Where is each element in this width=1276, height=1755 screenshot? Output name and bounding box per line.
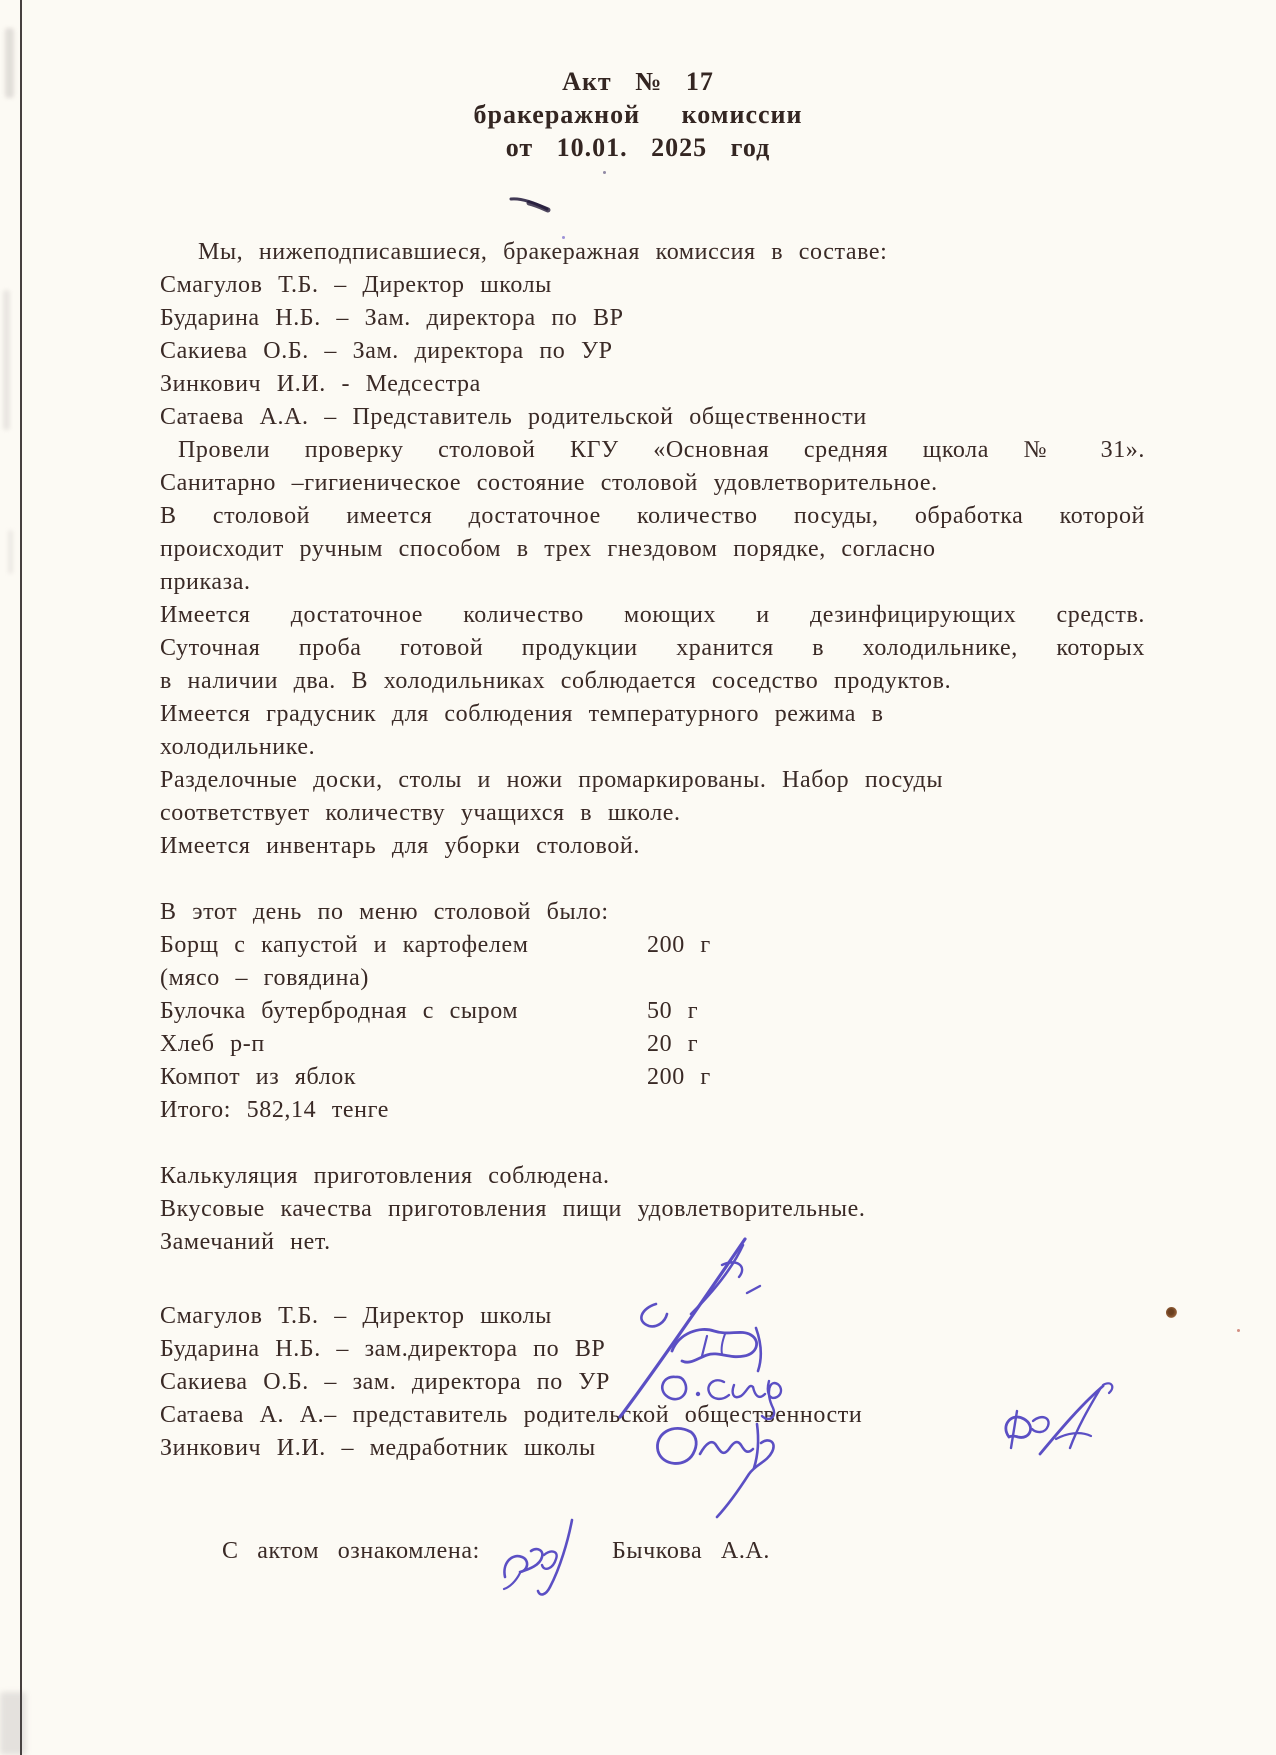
acknowledgement-name: Бычкова А.А. xyxy=(612,1535,770,1568)
blank-line xyxy=(160,863,1145,896)
signature-block: Смагулов Т.Б. – Директор школы Бударина … xyxy=(160,1300,1200,1465)
menu-item-name: Булочка бутербродная с сыром xyxy=(160,998,518,1024)
report-line: Санитарно –гигиеническое состояние столо… xyxy=(160,467,1145,500)
menu-item-amount: 20 г xyxy=(647,1028,698,1061)
document-body: Мы, нижеподписавшиеся, бракеражная комис… xyxy=(160,236,1145,1259)
menu-heading: В этот день по меню столовой было: xyxy=(160,896,1145,929)
conclusion-line: Калькуляция приготовления соблюдена. xyxy=(160,1160,1145,1193)
menu-item: Булочка бутербродная с сыром 50 г xyxy=(160,995,1145,1028)
menu-item: Хлеб р-п 20 г xyxy=(160,1028,1145,1061)
commission-member: Бударина Н.Б. – Зам. директора по ВР xyxy=(160,302,1145,335)
scan-smudge xyxy=(8,530,13,574)
report-line: приказа. xyxy=(160,566,1145,599)
report-line: происходит ручным способом в трех гнездо… xyxy=(160,533,1145,566)
title-act-number: Акт № 17 xyxy=(0,65,1276,98)
report-line: соответствует количеству учащихся в школ… xyxy=(160,797,1145,830)
acknowledgement-label: С актом ознакомлена: xyxy=(222,1538,480,1564)
report-line: Имеется градусник для соблюдения темпера… xyxy=(160,698,1145,731)
report-line: В столовой имеется достаточное количеств… xyxy=(160,500,1145,533)
title-date: от 10.01. 2025 год xyxy=(0,131,1276,164)
scan-smudge xyxy=(0,1692,26,1755)
menu-item: Компот из яблок 200 г xyxy=(160,1061,1145,1094)
scan-smudge xyxy=(3,290,10,430)
acknowledgement-line: С актом ознакомлена: Бычкова А.А. xyxy=(160,1535,1060,1568)
report-line: холодильнике. xyxy=(160,731,1145,764)
menu-item-name: Хлеб р-п xyxy=(160,1031,265,1057)
commission-member: Сатаева А.А. – Представитель родительско… xyxy=(160,401,1145,434)
menu-item-amount: 200 г xyxy=(647,1061,711,1094)
signatory-line: Смагулов Т.Б. – Директор школы xyxy=(160,1300,1200,1333)
menu-item-name: (мясо – говядина) xyxy=(160,965,369,991)
menu-item: Борщ с капустой и картофелем 200 г xyxy=(160,929,1145,962)
blank-line xyxy=(160,1127,1145,1160)
ink-mark-dash xyxy=(505,190,565,220)
report-line: в наличии два. В холодильниках соблюдает… xyxy=(160,665,1145,698)
report-line: Разделочные доски, столы и ножи промарки… xyxy=(160,764,1145,797)
signatory-line: Сакиева О.Б. – зам. директора по УР xyxy=(160,1366,1200,1399)
menu-item-amount: 200 г xyxy=(647,929,711,962)
intro-line: Мы, нижеподписавшиеся, бракеражная комис… xyxy=(160,236,1145,269)
title-commission: бракеражной комиссии xyxy=(0,98,1276,131)
scan-edge-line xyxy=(20,0,22,1755)
report-line: Имеется достаточное количество моющих и … xyxy=(160,599,1145,632)
commission-member: Сакиева О.Б. – Зам. директора по УР xyxy=(160,335,1145,368)
menu-item-name: Борщ с капустой и картофелем xyxy=(160,932,529,958)
signatory-line: Бударина Н.Б. – зам.директора по ВР xyxy=(160,1333,1200,1366)
signatory-line: Сатаева А. А.– представитель родительско… xyxy=(160,1399,1200,1432)
paper-speck-red xyxy=(1237,1329,1240,1332)
report-line: Провели проверку столовой КГУ «Основная … xyxy=(160,434,1145,467)
menu-item-name: Компот из яблок xyxy=(160,1064,356,1090)
commission-member: Зинкович И.И. - Медсестра xyxy=(160,368,1145,401)
conclusion-line: Замечаний нет. xyxy=(160,1226,1145,1259)
commission-member: Смагулов Т.Б. – Директор школы xyxy=(160,269,1145,302)
signatory-line: Зинкович И.И. – медработник школы xyxy=(160,1432,1200,1465)
report-line: Суточная проба готовой продукции хранитс… xyxy=(160,632,1145,665)
document-page: Акт № 17 бракеражной комиссии от 10.01. … xyxy=(0,0,1276,1755)
document-title: Акт № 17 бракеражной комиссии от 10.01. … xyxy=(0,65,1276,164)
ink-speck xyxy=(562,236,565,239)
paper-speck-brown xyxy=(1166,1307,1177,1318)
menu-total: Итого: 582,14 тенге xyxy=(160,1094,1145,1127)
menu-item: (мясо – говядина) xyxy=(160,962,1145,995)
menu-item-amount: 50 г xyxy=(647,995,698,1028)
ink-speck xyxy=(603,171,606,174)
conclusion-line: Вкусовые качества приготовления пищи удо… xyxy=(160,1193,1145,1226)
report-line: Имеется инвентарь для уборки столовой. xyxy=(160,830,1145,863)
